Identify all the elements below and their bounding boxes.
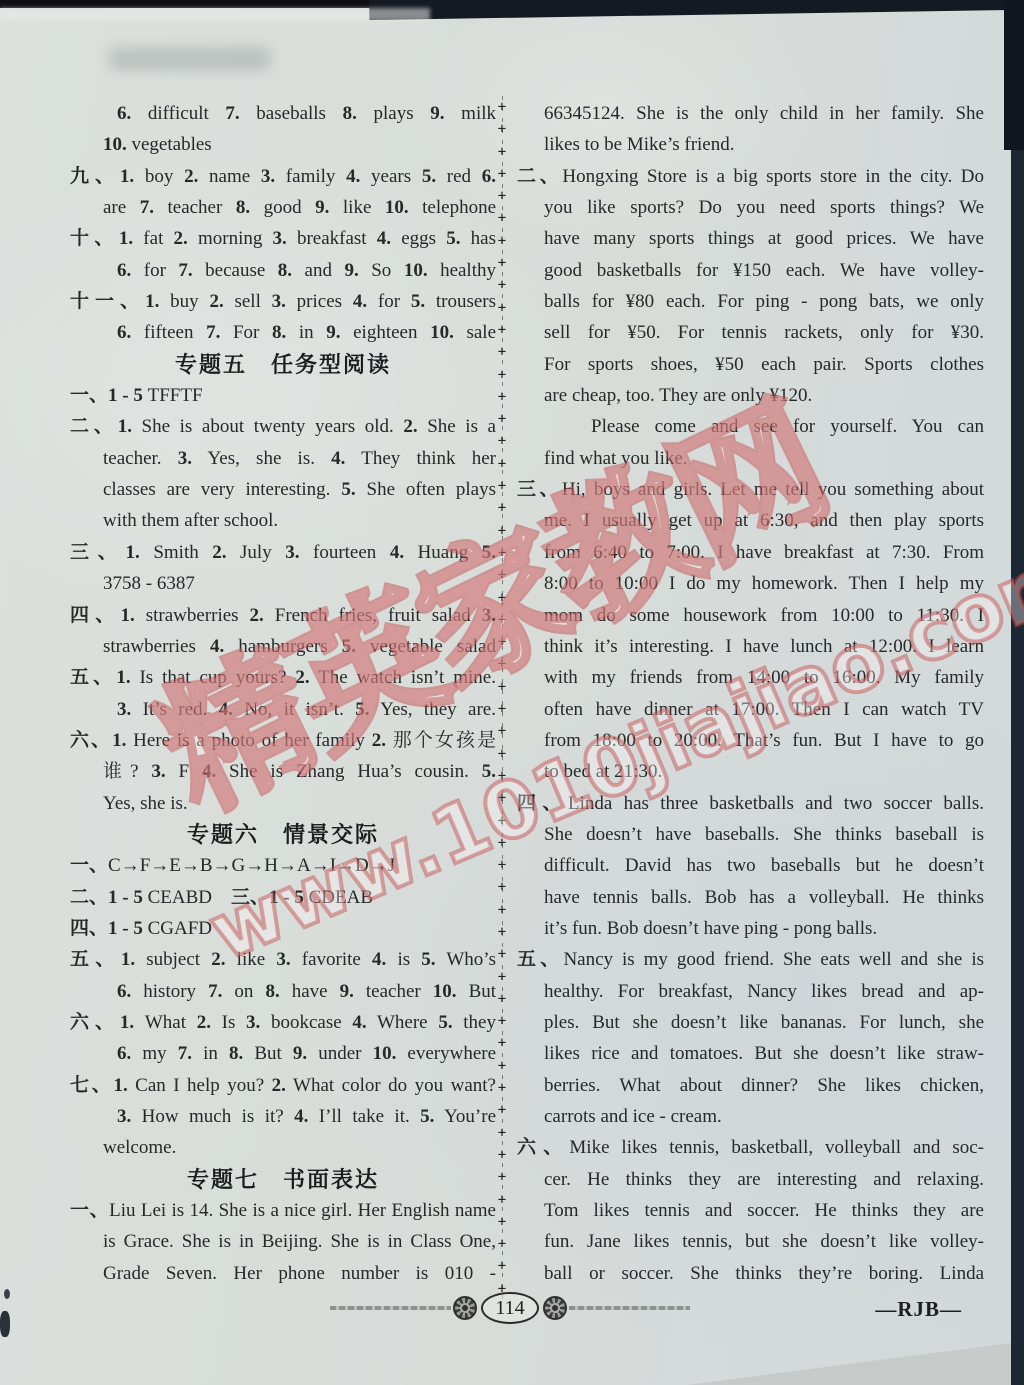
divider-tick: + <box>495 787 509 809</box>
text-line: classes are very interesting. 5. She oft… <box>103 474 496 505</box>
text-line: 四、1. strawberries 2. French fries, fruit… <box>70 600 496 631</box>
text-line: 四、Linda has three basketballs and two so… <box>517 788 984 819</box>
text-line: 五、Nancy is my good friend. She eats well… <box>517 944 984 975</box>
footer-rule-right <box>569 1306 690 1310</box>
divider-tick: + <box>495 743 509 765</box>
text-line: is Grace. She is in Beijing. She is in C… <box>103 1226 496 1257</box>
divider-tick: + <box>495 854 509 876</box>
text-line: to bed at 21:30. <box>544 756 984 787</box>
text-line: 10. vegetables <box>103 129 496 160</box>
divider-tick: + <box>495 943 509 965</box>
answer-column-left: 6. difficult 7. baseballs 8. plays 9. mi… <box>70 98 496 1289</box>
divider-tick: + <box>495 141 509 163</box>
text-line: 3. It’s red. 4. No, it isn’t. 5. Yes, th… <box>117 694 496 725</box>
text-line: 六、1. What 2. Is 3. bookcase 4. Where 5. … <box>70 1007 496 1038</box>
text-line: teacher. 3. Yes, she is. 4. They think h… <box>103 443 496 474</box>
text-line: 3. How much is it? 4. I’ll take it. 5. Y… <box>117 1101 496 1132</box>
divider-tick: + <box>495 1122 509 1144</box>
divider-tick: + <box>495 698 509 720</box>
text-line: 六、Mike likes tennis, basketball, volleyb… <box>517 1132 984 1163</box>
divider-tick: + <box>495 1233 509 1255</box>
text-line: sell for ¥50. For tennis rackets, only f… <box>544 317 984 348</box>
text-line: 二、1 - 5 CEABD 三、1 - 5 CDEAB <box>70 882 496 913</box>
text-line: 8:00 to 10:00 I do my homework. Then I h… <box>544 568 984 599</box>
text-line: 6. fifteen 7. For 8. in 9. eighteen 10. … <box>117 317 496 348</box>
text-line: ball or soccer. She thinks they’re borin… <box>544 1258 984 1289</box>
divider-tick: + <box>495 1255 509 1277</box>
divider-tick: + <box>495 966 509 988</box>
text-line: welcome. <box>103 1132 496 1163</box>
divider-tick: + <box>495 876 509 898</box>
divider-tick: + <box>495 297 509 319</box>
divider-tick: + <box>495 341 509 363</box>
divider-tick: + <box>495 453 509 475</box>
divider-tick: + <box>495 1166 509 1188</box>
divider-tick: + <box>495 1144 509 1166</box>
page-number-badge: 114 <box>481 1292 538 1324</box>
divider-tick: + <box>495 587 509 609</box>
answer-column-right: 66345124. She is the only child in her f… <box>544 98 984 1289</box>
ink-showthrough-smudge <box>110 48 270 70</box>
text-line: are cheap, too. They are only ¥120. <box>544 380 984 411</box>
divider-tick: + <box>495 542 509 564</box>
text-line: have tennis balls. Bob has a volleyball.… <box>544 882 984 913</box>
text-line: 6. history 7. on 8. have 9. teacher 10. … <box>117 976 496 1007</box>
text-line: carrots and ice - cream. <box>544 1101 984 1132</box>
divider-tick: + <box>495 1099 509 1121</box>
text-line: 三、Hi, boys and girls. Let me tell you so… <box>517 474 984 505</box>
page-number-ornament: 114 <box>330 1292 690 1324</box>
text-line: 五、1. Is that cup yours? 2. The watch isn… <box>70 662 496 693</box>
text-line: 6. my 7. in 8. But 9. under 10. everywhe… <box>117 1038 496 1069</box>
divider-tick: + <box>495 676 509 698</box>
text-line: 6. difficult 7. baseballs 8. plays 9. mi… <box>117 98 496 129</box>
text-line: berries. What about dinner? She likes ch… <box>544 1070 984 1101</box>
text-line: 六、1. Here is a photo of her family 2. 那个… <box>70 725 496 756</box>
text-line: 一、C→F→E→B→G→H→A→I→D→J <box>70 850 496 881</box>
divider-tick: + <box>495 497 509 519</box>
divider-tick: + <box>495 1055 509 1077</box>
rosette-icon <box>543 1296 567 1320</box>
divider-tick: + <box>495 520 509 542</box>
column-divider: ++++++++++++++++++++++++++++++++++++++++… <box>495 96 509 1304</box>
text-line: Please come and see for yourself. You ca… <box>591 411 984 442</box>
text-line: 一、Liu Lei is 14. She is a nice girl. Her… <box>70 1195 496 1226</box>
divider-tick: + <box>495 921 509 943</box>
text-line: find what you like. <box>544 443 984 474</box>
text-line: 专题七 书面表达 <box>70 1164 496 1195</box>
text-line: 专题六 情景交际 <box>70 819 496 850</box>
text-line: me. I usually get up at 6:30, and then p… <box>544 505 984 536</box>
text-line: ples. But she doesn’t like bananas. For … <box>544 1007 984 1038</box>
divider-tick: + <box>495 609 509 631</box>
divider-tick: + <box>495 631 509 653</box>
scan-edge-sliver <box>0 8 430 21</box>
text-line: difficult. David has two baseballs but h… <box>544 850 984 881</box>
divider-tick: + <box>495 185 509 207</box>
text-line: mom do some housework from 10:00 to 11:3… <box>544 600 984 631</box>
divider-tick: + <box>495 988 509 1010</box>
text-line: from 18:00 to 20:00. That’s fun. But I h… <box>544 725 984 756</box>
text-line: with my friends from 14:00 to 16:00. My … <box>544 662 984 693</box>
text-line: 十、1. fat 2. morning 3. breakfast 4. eggs… <box>70 223 496 254</box>
text-line: balls for ¥80 each. For ping - pong bats… <box>544 286 984 317</box>
text-line: 二、1. She is about twenty years old. 2. S… <box>70 411 496 442</box>
divider-tick: + <box>495 832 509 854</box>
text-line: For sports shoes, ¥50 each pair. Sports … <box>544 349 984 380</box>
text-line: She doesn’t have baseballs. She thinks b… <box>544 819 984 850</box>
text-line: likes rice and tomatoes. But she doesn’t… <box>544 1038 984 1069</box>
divider-tick: + <box>495 1032 509 1054</box>
divider-tick: + <box>495 475 509 497</box>
text-line: you like sports? Do you need sports thin… <box>544 192 984 223</box>
divider-tick: + <box>495 899 509 921</box>
divider-tick: + <box>495 252 509 274</box>
text-line: often have dinner at 17:00. Then I can w… <box>544 694 984 725</box>
divider-tick: + <box>495 765 509 787</box>
text-line: 谁? 3. F 4. She is Zhang Hua’s cousin. 5. <box>103 756 496 787</box>
text-line: 三、1. Smith 2. July 3. fourteen 4. Huang … <box>70 537 496 568</box>
divider-tick: + <box>495 96 509 118</box>
text-line: likes to be Mike’s friend. <box>544 129 984 160</box>
divider-tick: + <box>495 1211 509 1233</box>
rosette-icon <box>453 1296 477 1320</box>
text-line: 3758 - 6387 <box>103 568 496 599</box>
divider-tick: + <box>495 810 509 832</box>
scan-edge-right-blob <box>1004 0 1024 150</box>
text-line: cer. He thinks they are interesting and … <box>544 1164 984 1195</box>
scan-edge-right <box>1011 0 1024 1385</box>
divider-tick: + <box>495 653 509 675</box>
divider-tick: + <box>495 720 509 742</box>
text-line: strawberries 4. hamburgers 5. vegetable … <box>103 631 496 662</box>
text-line: from 6:40 to 7:00. I have breakfast at 7… <box>544 537 984 568</box>
divider-tick: + <box>495 230 509 252</box>
divider-tick: + <box>495 1077 509 1099</box>
text-line: it’s fun. Bob doesn’t have ping - pong b… <box>544 913 984 944</box>
edition-label: —RJB— <box>875 1297 962 1322</box>
text-line: 66345124. She is the only child in her f… <box>544 98 984 129</box>
text-line: 专题五 任务型阅读 <box>70 349 496 380</box>
text-line: 七、1. Can I help you? 2. What color do yo… <box>70 1070 496 1101</box>
divider-tick: + <box>495 207 509 229</box>
text-line: think it’s interesting. I have lunch at … <box>544 631 984 662</box>
divider-tick: + <box>495 430 509 452</box>
divider-tick: + <box>495 1189 509 1211</box>
text-line: healthy. For breakfast, Nancy likes brea… <box>544 976 984 1007</box>
text-line: 二、Hongxing Store is a big sports store i… <box>517 161 984 192</box>
divider-tick: + <box>495 274 509 296</box>
divider-tick: + <box>495 1010 509 1032</box>
page-footer: 114 —RJB— <box>0 1292 1024 1338</box>
text-line: 四、1 - 5 CGAFD <box>70 913 496 944</box>
text-line: Yes, she is. <box>103 788 496 819</box>
text-line: 九、1. boy 2. name 3. family 4. years 5. r… <box>70 161 496 192</box>
text-line: good basketballs for ¥150 each. We have … <box>544 255 984 286</box>
divider-tick: + <box>495 319 509 341</box>
divider-tick: + <box>495 163 509 185</box>
text-line: have many sports things at good prices. … <box>544 223 984 254</box>
text-line: Grade Seven. Her phone number is 010 - <box>103 1258 496 1289</box>
footer-rule-left <box>330 1306 451 1310</box>
divider-tick: + <box>495 564 509 586</box>
divider-tick: + <box>495 364 509 386</box>
text-line: are 7. teacher 8. good 9. like 10. telep… <box>103 192 496 223</box>
text-line: 6. for 7. because 8. and 9. So 10. healt… <box>117 255 496 286</box>
text-line: 五、1. subject 2. like 3. favorite 4. is 5… <box>70 944 496 975</box>
divider-tick: + <box>495 408 509 430</box>
text-line: with them after school. <box>103 505 496 536</box>
text-line: 一、1 - 5 TFFTF <box>70 380 496 411</box>
divider-tick: + <box>495 118 509 140</box>
text-line: fun. Jane likes tennis, but she doesn’t … <box>544 1226 984 1257</box>
text-line: Tom likes tennis and soccer. He thinks t… <box>544 1195 984 1226</box>
divider-tick: + <box>495 386 509 408</box>
text-line: 十一、1. buy 2. sell 3. prices 4. for 5. tr… <box>70 286 496 317</box>
scanned-workbook-page: { "page": { "watermark": { "brand": "精英家… <box>0 0 1024 1385</box>
